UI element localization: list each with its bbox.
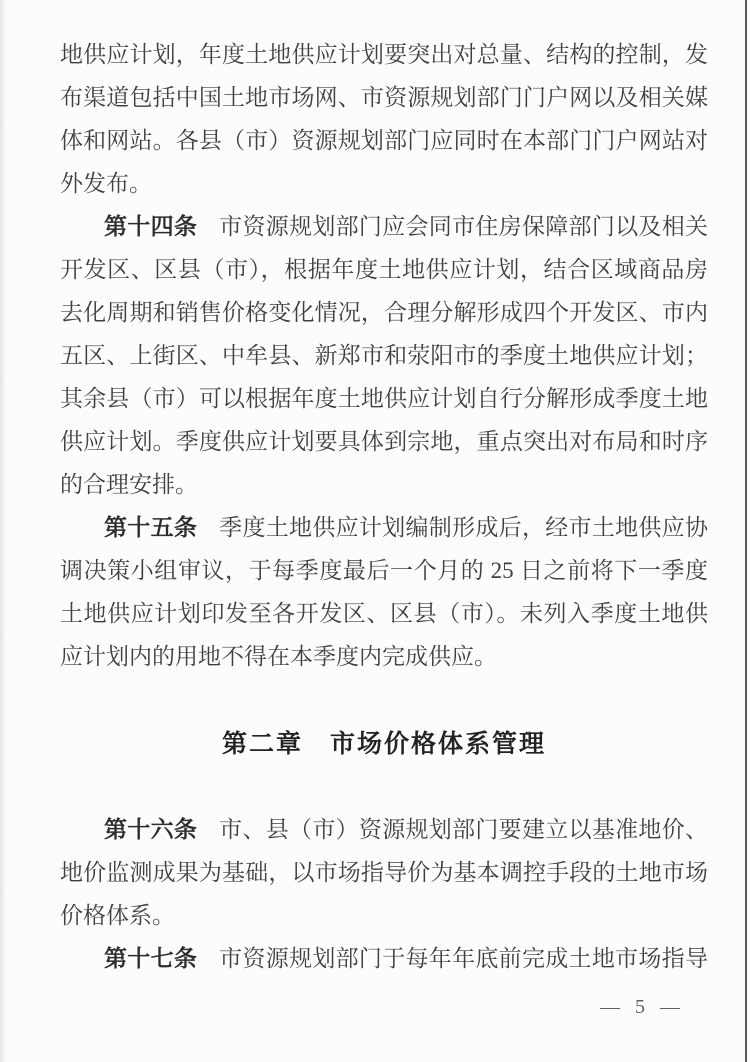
text-column: 地供应计划，年度土地供应计划要突出对总量、结构的控制，发 布渠道包括中国土地市场… [60,33,708,980]
body-line: 第十六条市、县（市）资源规划部门要建立以基准地价、 [60,808,708,851]
body-line: 其余县（市）可以根据年度土地供应计划自行分解形成季度土地 [60,377,708,420]
body-line: 体和网站。各县（市）资源规划部门应同时在本部门门户网站对 [60,119,708,162]
article-text: 季度土地供应计划编制形成后，经市土地供应协 [219,515,708,540]
body-line: 布渠道包括中国土地市场网、市资源规划部门门户网以及相关媒 [60,76,708,119]
article-text: 市、县（市）资源规划部门要建立以基准地价、 [219,817,708,842]
body-line: 第十五条季度土地供应计划编制形成后，经市土地供应协 [60,506,708,549]
article-text: 市资源规划部门应会同市住房保障部门以及相关 [219,214,708,239]
body-line: 五区、上街区、中牟县、新郑市和荥阳市的季度土地供应计划； [60,334,708,377]
article-15: 第十五条季度土地供应计划编制形成后，经市土地供应协 调决策小组审议，于每季度最后… [60,506,708,678]
scan-left-shadow [0,0,6,1062]
body-line: 的合理安排。 [60,463,708,506]
article-14: 第十四条市资源规划部门应会同市住房保障部门以及相关 开发区、区县（市），根据年度… [60,205,708,506]
body-line: 调决策小组审议，于每季度最后一个月的 25 日之前将下一季度 [60,549,708,592]
page-number: — 5 — [600,996,685,1018]
article-number: 第十七条 [104,946,197,971]
article-16: 第十六条市、县（市）资源规划部门要建立以基准地价、 地价监测成果为基础，以市场指… [60,808,708,937]
chapter-heading: 第二章 市场价格体系管理 [60,723,708,766]
body-line: 开发区、区县（市），根据年度土地供应计划，结合区域商品房 [60,248,708,291]
body-line: 去化周期和销售价格变化情况，合理分解形成四个开发区、市内 [60,291,708,334]
body-line: 地价监测成果为基础，以市场指导价为基本调控手段的土地市场 [60,851,708,894]
body-line: 第十七条市资源规划部门于每年年底前完成土地市场指导 [60,937,708,980]
body-line: 第十四条市资源规划部门应会同市住房保障部门以及相关 [60,205,708,248]
body-line: 外发布。 [60,162,708,205]
paragraph-intro: 地供应计划，年度土地供应计划要突出对总量、结构的控制，发 布渠道包括中国土地市场… [60,33,708,205]
article-17: 第十七条市资源规划部门于每年年底前完成土地市场指导 [60,937,708,980]
body-line: 价格体系。 [60,894,708,937]
article-number: 第十六条 [104,817,197,842]
document-page: 地供应计划，年度土地供应计划要突出对总量、结构的控制，发 布渠道包括中国土地市场… [0,0,750,1062]
article-number: 第十五条 [104,515,197,540]
article-text: 市资源规划部门于每年年底前完成土地市场指导 [219,946,708,971]
body-line: 供应计划。季度供应计划要具体到宗地，重点突出对布局和时序 [60,420,708,463]
body-line: 地供应计划，年度土地供应计划要突出对总量、结构的控制，发 [60,33,708,76]
body-line: 应计划内的用地不得在本季度内完成供应。 [60,635,708,678]
page-right-rule [745,0,747,1062]
body-line: 土地供应计划印发至各开发区、区县（市）。未列入季度土地供 [60,592,708,635]
article-number: 第十四条 [104,214,197,239]
